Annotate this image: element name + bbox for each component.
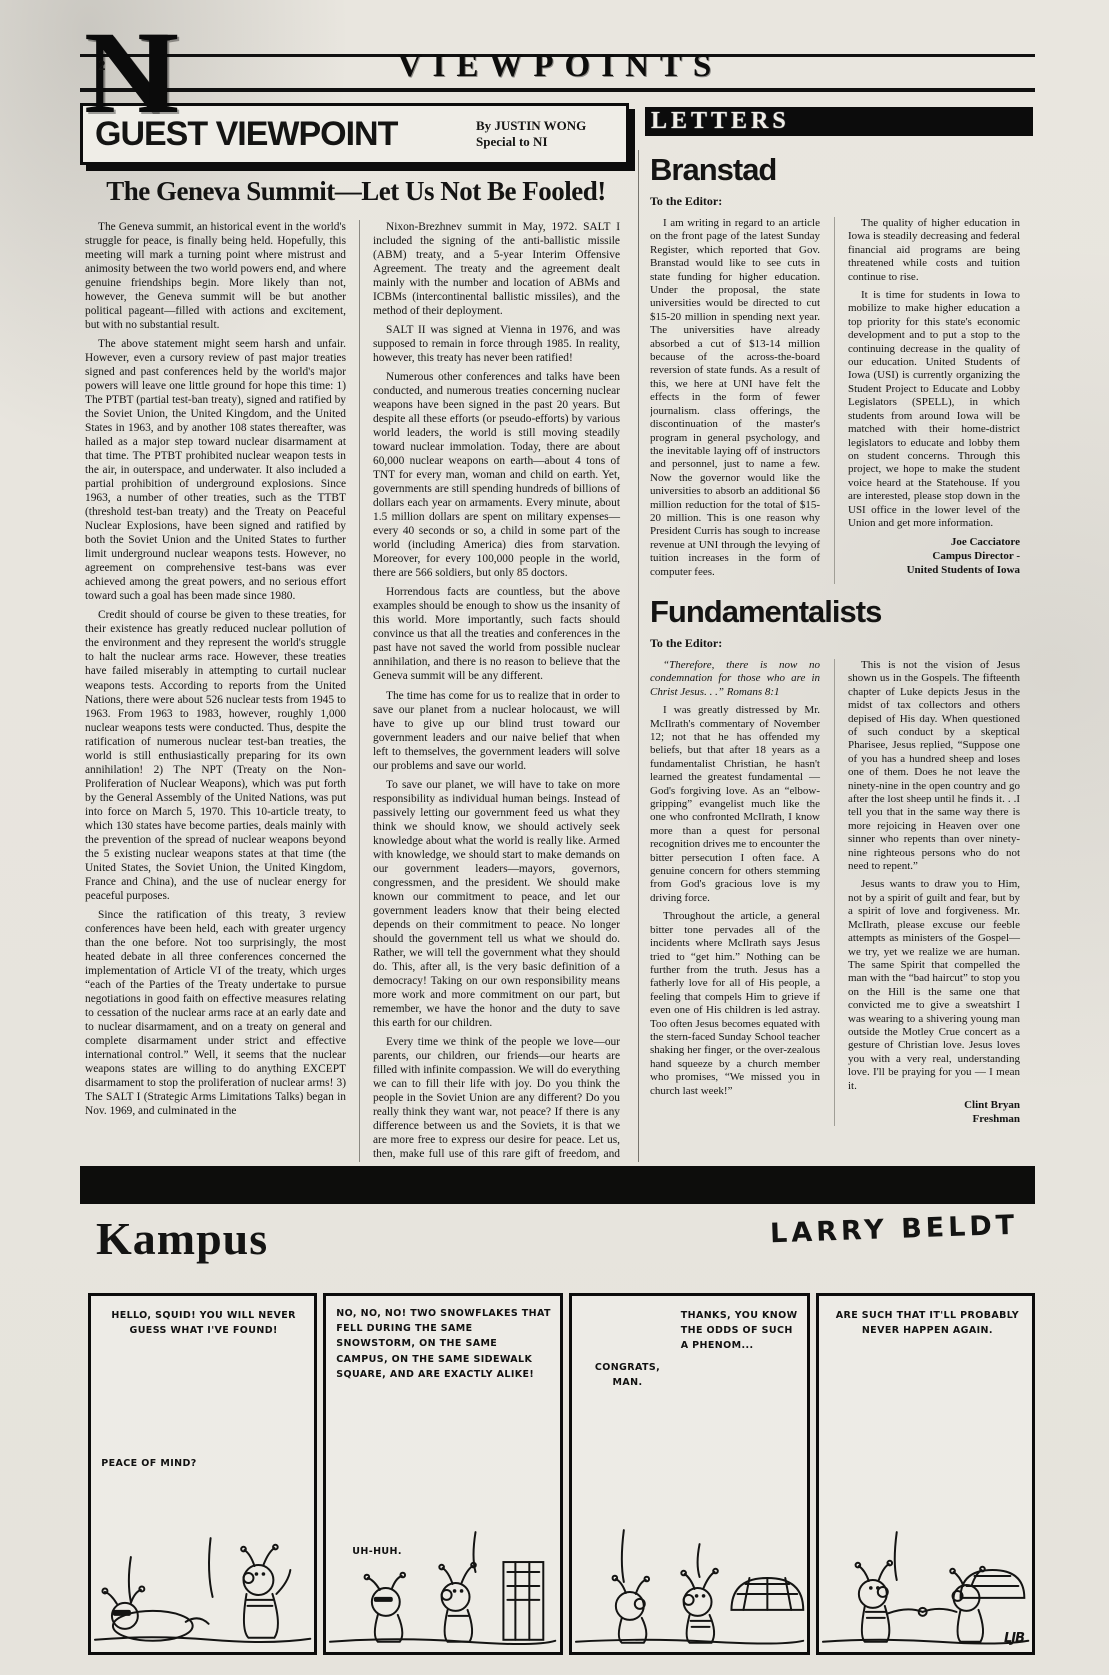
fundamentalists-column-1: “Therefore, there is now no condemnation… (650, 659, 820, 1127)
paragraph: Clint Bryan (848, 1099, 1020, 1113)
letter-fundamentalists: Fundamentalists To the Editor: “Therefor… (650, 594, 1035, 1127)
masthead-rule-bottom (80, 88, 1035, 92)
fundamentalists-signature: Clint BryanFreshman (848, 1099, 1020, 1127)
salutation: To the Editor: (650, 636, 1035, 651)
paragraph: United Students of Iowa (848, 564, 1020, 578)
letters-banner: LETTERS (645, 107, 1033, 136)
branstad-signature: Joe CacciatoreCampus Director -United St… (848, 536, 1020, 577)
paragraph: Jesus wants to draw you to Him, not by a… (848, 878, 1020, 1093)
comic-drawing-handshake (819, 1502, 1032, 1652)
comic-drawing-two-characters (326, 1502, 559, 1652)
byline-author: By JUSTIN WONG (476, 118, 620, 134)
comic-drawing-squid-lying (91, 1502, 314, 1652)
paragraph: The Geneva summit, an historical event i… (85, 220, 346, 332)
fundamentalists-column-2: This is not the vision of Jesus shown us… (834, 659, 1020, 1127)
paragraph: The quality of higher education in Iowa … (848, 217, 1020, 284)
speech-bubble: Hello, Squid! You will never guess what … (103, 1308, 304, 1338)
comic-panels: Hello, Squid! You will never guess what … (88, 1293, 1035, 1655)
article-headline: The Geneva Summit—Let Us Not Be Fooled! (82, 176, 630, 207)
speech-bubble: Peace of mind? (99, 1456, 199, 1471)
column-divider (638, 150, 639, 1162)
paragraph: It is time for students in Iowa to mobil… (848, 289, 1020, 530)
paragraph: Credit should of course be given to thes… (85, 608, 346, 902)
byline-sub: Special to NI (476, 134, 620, 150)
newspaper-page: { "masthead": { "page_number": "2", "log… (0, 0, 1109, 1675)
speech-bubble: No, no, no! Two snowflakes that fell dur… (336, 1306, 551, 1382)
paragraph: The time has come for us to realize that… (373, 689, 620, 773)
guest-viewpoint-box: GUEST VIEWPOINT By JUSTIN WONG Special t… (80, 103, 629, 165)
comic-drawing-dome-scene (572, 1502, 807, 1652)
comic-divider-bar (80, 1166, 1035, 1204)
paragraph: Nixon-Brezhnev summit in May, 1972. SALT… (373, 220, 620, 318)
speech-bubble: Are such that it'll probably never happe… (833, 1308, 1022, 1338)
paragraph: Horrendous facts are countless, but the … (373, 585, 620, 683)
paragraph: I am writing in regard to an article on … (650, 217, 820, 579)
letter-title-fundamentalists: Fundamentalists (650, 594, 1035, 630)
paragraph: I was greatly distressed by Mr. McIlrath… (650, 704, 820, 905)
ni-logo: NI (84, 14, 147, 132)
comic-artist: LARRY BELDT (770, 1210, 1019, 1250)
comic-panel-4: Are such that it'll probably never happe… (816, 1293, 1035, 1655)
paragraph: Every time we think of the people we lov… (373, 1035, 620, 1162)
artist-initials: LJB (1004, 1631, 1024, 1646)
speech-bubble: Congrats, man. (582, 1360, 674, 1390)
letters-section: Branstad To the Editor: I am writing in … (650, 146, 1035, 1162)
paragraph: This is not the vision of Jesus shown us… (848, 659, 1020, 874)
paragraph: SALT II was signed at Vienna in 1976, an… (373, 323, 620, 365)
letter-title-branstad: Branstad (650, 152, 1035, 188)
comic-panel-2: No, no, no! Two snowflakes that fell dur… (323, 1293, 562, 1655)
page-number: 2 (98, 58, 106, 75)
paragraph: Campus Director - (848, 550, 1020, 564)
comic-panel-1: Hello, Squid! You will never guess what … (88, 1293, 317, 1655)
branstad-column-1: I am writing in regard to an article on … (650, 217, 820, 584)
byline: By JUSTIN WONG Special to NI (476, 118, 626, 151)
speech-bubble: Thanks, you know the odds of such a phen… (681, 1308, 799, 1354)
paragraph: Joe Cacciatore (848, 536, 1020, 550)
article-column-1: The Geneva summit, an historical event i… (85, 220, 346, 1162)
paragraph: Since the ratification of this treaty, 3… (85, 908, 346, 1118)
section-banner: VIEWPOINTS (300, 48, 820, 85)
letter-branstad: Branstad To the Editor: I am writing in … (650, 152, 1035, 584)
comic-title: Kampus (96, 1212, 268, 1265)
scripture-quote: “Therefore, there is now no condemnation… (650, 659, 820, 699)
paragraph: Numerous other conferences and talks hav… (373, 370, 620, 580)
comic-panel-3: Congrats, man. Thanks, you know the odds… (569, 1293, 810, 1655)
paragraph: Throughout the article, a general bitter… (650, 910, 820, 1098)
paragraph: To save our planet, we will have to take… (373, 778, 620, 1030)
salutation: To the Editor: (650, 194, 1035, 209)
paragraph: The above statement might seem harsh and… (85, 337, 346, 603)
article-body: The Geneva summit, an historical event i… (85, 220, 635, 1162)
branstad-column-2: The quality of higher education in Iowa … (834, 217, 1020, 584)
article-column-2: Nixon-Brezhnev summit in May, 1972. SALT… (359, 220, 620, 1162)
paragraph: Freshman (848, 1113, 1020, 1127)
